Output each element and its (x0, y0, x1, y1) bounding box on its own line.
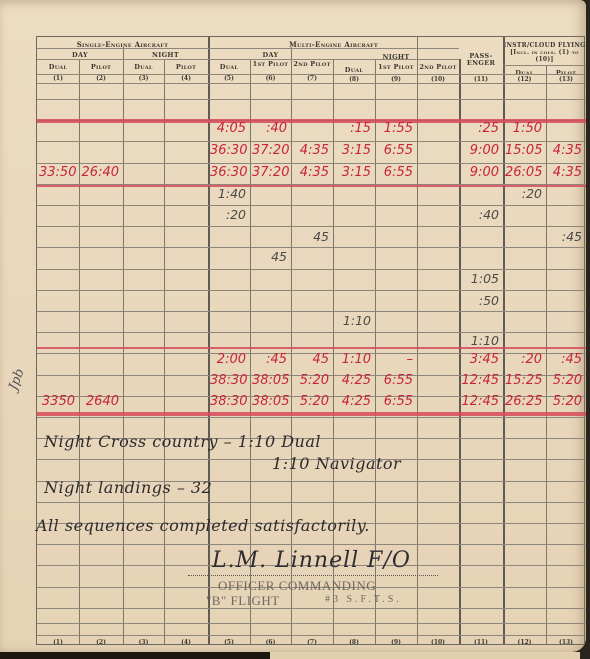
stamp-sfts: #3 S.F.T.S. (325, 594, 402, 605)
log-entry-cell: 6:55 (377, 395, 413, 409)
col7-label: 2nd Pilot (291, 61, 333, 68)
log-entry-cell: 3:15 (335, 166, 371, 180)
col10-label: 2nd Pilot (417, 64, 459, 71)
column-divider (164, 59, 165, 644)
log-entry-cell: 5:20 (548, 395, 582, 409)
col13-num: (13) (546, 76, 586, 83)
log-entry-cell: 15:05 (505, 144, 542, 158)
row-rule (37, 48, 459, 49)
log-entry-cell: 45 (293, 353, 329, 367)
log-entry-cell: 37:20 (252, 166, 287, 180)
log-entry-cell: 45 (293, 230, 329, 244)
footer-col-num: (7) (291, 639, 333, 646)
col10-num: (10) (417, 76, 459, 83)
col1-label: Dual (37, 64, 79, 71)
log-entry-cell: :45 (252, 353, 287, 367)
log-entry-cell: 36:30 (210, 144, 246, 158)
log-entry-cell: 37:20 (252, 144, 287, 158)
footer-col-num: (4) (164, 639, 208, 646)
log-entry-cell: 1:55 (377, 122, 413, 136)
multi-engine-day: DAY (208, 52, 333, 59)
row-rule (37, 623, 586, 624)
col12-num: (12) (503, 76, 546, 83)
footer-col-num: (8) (333, 639, 375, 646)
log-entry-cell: 26:05 (505, 166, 542, 180)
passenger-header: PASS-ENGER (459, 53, 503, 67)
note-sequences-completed: All sequences completed satisfactorily. (36, 516, 370, 535)
log-entry-cell: :20 (210, 208, 246, 222)
col4-num: (4) (164, 75, 208, 82)
row-rule (37, 311, 586, 312)
row-rule (37, 332, 586, 333)
col5-label: Dual (208, 64, 250, 71)
col5-num: (5) (208, 75, 250, 82)
footer-col-num: (3) (123, 639, 164, 646)
log-entry-cell: 38:05 (252, 395, 287, 409)
log-entry-cell: 3:45 (461, 353, 499, 367)
log-entry-cell: 1:40 (210, 187, 246, 201)
log-entry-cell: 12:45 (461, 374, 499, 388)
column-divider (417, 37, 418, 644)
log-entry-cell: 4:35 (548, 144, 582, 158)
log-entry-cell: :40 (252, 122, 287, 136)
row-rule (37, 544, 586, 545)
log-entry-cell: 9:00 (461, 166, 499, 180)
log-entry-cell: 5:20 (293, 395, 329, 409)
margin-initials: Jpb (6, 367, 28, 393)
column-divider (79, 59, 80, 644)
row-rule (37, 417, 586, 418)
background-edge (0, 652, 270, 659)
log-entry-cell: 38:05 (252, 374, 287, 388)
col9-label: 1st Pilot (375, 64, 417, 71)
signature-line (188, 575, 438, 576)
col11-num: (11) (459, 76, 503, 83)
row-rule (37, 83, 586, 84)
stamp-officer-commanding: OFFICER COMMANDING (218, 578, 376, 594)
row-rule (37, 205, 586, 206)
log-entry-cell: 3350 (39, 395, 75, 409)
footer-col-num: (9) (375, 639, 417, 646)
row-rule (503, 65, 586, 66)
log-entry-cell: 6:55 (377, 144, 413, 158)
stamp-b-flight: "B" FLIGHT (206, 593, 280, 609)
log-entry-cell: 1:10 (335, 353, 371, 367)
log-entry-cell: 6:55 (377, 374, 413, 388)
footer-col-num: (2) (79, 639, 123, 646)
log-entry-cell: – (377, 353, 413, 367)
log-entry-cell: 45 (252, 250, 287, 264)
log-entry-cell: :45 (548, 353, 582, 367)
row-rule (37, 290, 586, 291)
col9-num: (9) (375, 76, 417, 83)
log-entry-cell: :20 (505, 353, 542, 367)
row-rule (37, 99, 586, 100)
log-entry-cell: 15:25 (505, 374, 542, 388)
single-engine-day: DAY (37, 52, 123, 59)
log-entry-cell: 4:35 (293, 144, 329, 158)
footer-col-num: (1) (37, 639, 79, 646)
log-entry-cell: 2640 (81, 395, 119, 409)
red-total-rule (37, 414, 586, 416)
red-total-rule (37, 121, 586, 123)
log-entry-cell: 12:45 (461, 395, 499, 409)
log-entry-cell: 6:55 (377, 166, 413, 180)
col4-label: Pilot (164, 64, 208, 71)
log-entry-cell: 33:50 (39, 166, 75, 180)
col2-label: Pilot (79, 64, 123, 71)
log-entry-cell: :45 (548, 230, 582, 244)
log-entry-cell: 36:30 (210, 166, 246, 180)
log-entry-cell: 3:15 (335, 144, 371, 158)
log-entry-cell: 4:25 (335, 374, 371, 388)
officer-signature: L.M. Linnell F/O (212, 548, 411, 573)
footer-col-num: (13) (546, 639, 586, 646)
log-entry-cell: 5:20 (548, 374, 582, 388)
column-divider (546, 65, 547, 644)
col1-num: (1) (37, 75, 79, 82)
multi-engine-title: Multi-Engine Aircraft (208, 41, 459, 48)
row-rule (37, 59, 459, 60)
footer-col-num: (6) (250, 639, 291, 646)
col3-label: Dual (123, 64, 164, 71)
row-rule (37, 226, 586, 227)
row-rule (37, 269, 586, 270)
log-entry-cell: :20 (505, 187, 542, 201)
row-rule (37, 163, 586, 164)
note-night-cross-country: Night Cross country – 1:10 Dual (44, 432, 321, 451)
footer-col-num: (11) (459, 639, 503, 646)
row-rule (37, 74, 586, 75)
note-night-landings: Night landings – 32 (44, 478, 212, 497)
log-entry-cell: :25 (461, 122, 499, 136)
log-entry-cell: 1:10 (461, 334, 499, 348)
next-page-edge (270, 652, 580, 659)
row-rule (37, 502, 586, 503)
red-total-rule (37, 347, 586, 349)
col2-num: (2) (79, 75, 123, 82)
row-rule (37, 608, 586, 609)
log-entry-cell: 38:30 (210, 374, 246, 388)
row-rule (37, 141, 586, 142)
row-rule (37, 635, 586, 636)
col6-num: (6) (250, 75, 291, 82)
log-entry-cell: :50 (461, 294, 499, 308)
log-entry-cell: 1:05 (461, 272, 499, 286)
log-entry-cell: 4:35 (548, 166, 582, 180)
col7-num: (7) (291, 75, 333, 82)
log-entry-cell: 26:40 (81, 166, 119, 180)
col6-label: 1st Pilot (250, 61, 291, 68)
log-entry-cell: 2:00 (210, 353, 246, 367)
footer-col-num: (12) (503, 639, 546, 646)
instrument-flying-header: INSTR/CLOUD FLYING [Incl. in cols. (1) t… (503, 42, 586, 63)
footer-col-num: (5) (208, 639, 250, 646)
log-entry-cell: 1:50 (505, 122, 542, 136)
log-entry-cell: 9:00 (461, 144, 499, 158)
col8-label: Dual (333, 67, 375, 74)
log-entry-cell: :40 (461, 208, 499, 222)
footer-col-num: (10) (417, 639, 459, 646)
log-entry-cell: 4:25 (335, 395, 371, 409)
log-entry-cell: 4:05 (210, 122, 246, 136)
log-entry-cell: 26:25 (505, 395, 542, 409)
red-total-rule (37, 185, 586, 187)
logbook-page: Single-Engine Aircraft DAY NIGHT Multi-E… (0, 0, 586, 652)
log-entry-cell: 38:30 (210, 395, 246, 409)
note-navigator: 1:10 Navigator (272, 454, 401, 473)
log-entry-cell: 4:35 (293, 166, 329, 180)
row-rule (37, 247, 586, 248)
log-entry-cell: 5:20 (293, 374, 329, 388)
log-entry-cell: :15 (335, 122, 371, 136)
log-entry-cell: 1:10 (335, 314, 371, 328)
column-divider (123, 47, 124, 644)
single-engine-night: NIGHT (123, 52, 208, 59)
col3-num: (3) (123, 75, 164, 82)
col8-num: (8) (333, 76, 375, 83)
